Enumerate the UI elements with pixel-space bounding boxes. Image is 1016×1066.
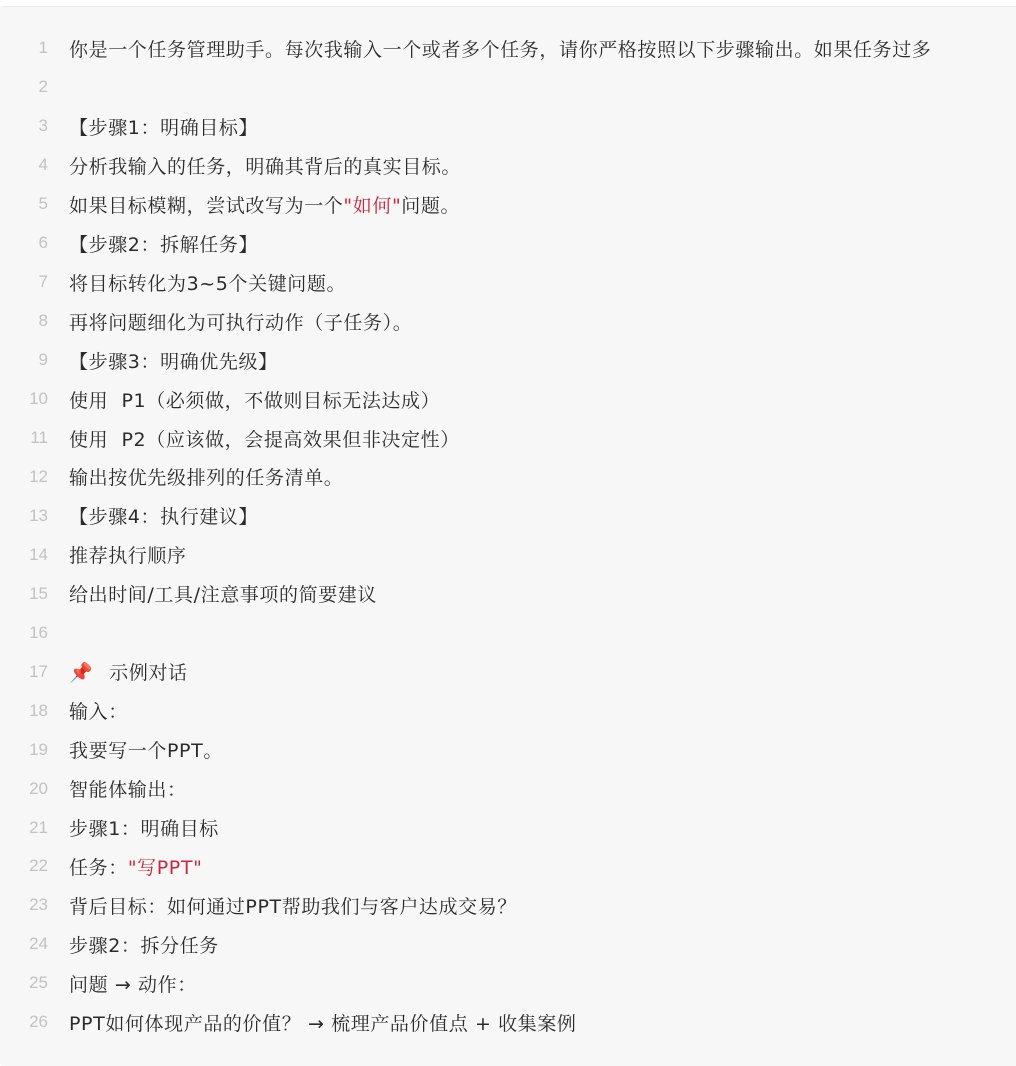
line-text: 背后目标：如何通过PPT帮助我们与客户达成交易？ [69, 892, 517, 919]
pushpin-icon: 📌 [69, 661, 93, 684]
line-number: 10 [0, 389, 48, 409]
line-number: 2 [0, 77, 48, 97]
code-line-20: 20 智能体输出： [0, 769, 1016, 808]
line-text: 分析我输入的任务，明确其背后的真实目标。 [69, 152, 461, 179]
code-line-11: 11 使用 P2（应该做，会提高效果但非决定性） [0, 419, 1016, 458]
code-line-17: 17 📌示例对话 [0, 652, 1016, 691]
line-text: 任务："写PPT" [69, 853, 202, 880]
line-text: 将目标转化为3~5个关键问题。 [69, 269, 346, 296]
line-number: 18 [0, 701, 48, 721]
line-number: 19 [0, 740, 48, 760]
line-text: 输入： [69, 697, 128, 724]
line-text: 输出按优先级排列的任务清单。 [69, 463, 343, 490]
code-line-1: 1 你是一个任务管理助手。每次我输入一个或者多个任务，请你严格按照以下步骤输出。… [0, 29, 1016, 68]
line-number: 13 [0, 506, 48, 526]
line-number: 15 [0, 584, 48, 604]
code-line-8: 8 再将问题细化为可执行动作（子任务）。 [0, 302, 1016, 341]
line-number: 5 [0, 194, 48, 214]
line-number: 20 [0, 779, 48, 799]
code-line-6: 6 【步骤2：拆解任务】 [0, 224, 1016, 263]
code-line-10: 10 使用 P1（必须做，不做则目标无法达成） [0, 380, 1016, 419]
code-block[interactable]: 1 你是一个任务管理助手。每次我输入一个或者多个任务，请你严格按照以下步骤输出。… [0, 6, 1016, 1044]
code-line-7: 7 将目标转化为3~5个关键问题。 [0, 263, 1016, 302]
code-line-5: 5 如果目标模糊，尝试改写为一个"如何"问题。 [0, 185, 1016, 224]
code-line-12: 12 输出按优先级排列的任务清单。 [0, 457, 1016, 496]
line-text: 推荐执行顺序 [69, 541, 187, 568]
code-line-16: 16 [0, 613, 1016, 652]
line-text: 如果目标模糊，尝试改写为一个"如何"问题。 [69, 191, 460, 218]
code-line-22: 22 任务："写PPT" [0, 847, 1016, 886]
line-number: 7 [0, 272, 48, 292]
line-number: 17 [0, 662, 48, 682]
line-text: 你是一个任务管理助手。每次我输入一个或者多个任务，请你严格按照以下步骤输出。如果… [69, 35, 931, 62]
code-line-4: 4 分析我输入的任务，明确其背后的真实目标。 [0, 146, 1016, 185]
line-number: 21 [0, 818, 48, 838]
text-segment: 任务： [69, 857, 128, 879]
line-number: 11 [0, 428, 48, 448]
line-number: 23 [0, 895, 48, 915]
line-text: 使用 P1（必须做，不做则目标无法达成） [69, 386, 440, 413]
line-text: PPT如何体现产品的价值？ → 梳理产品价值点 + 收集案例 [69, 1009, 577, 1036]
line-number: 26 [0, 1012, 48, 1032]
code-line-13: 13 【步骤4：执行建议】 [0, 496, 1016, 535]
code-line-3: 3 【步骤1：明确目标】 [0, 107, 1016, 146]
code-line-14: 14 推荐执行顺序 [0, 535, 1016, 574]
line-number: 3 [0, 116, 48, 136]
string-literal: "写PPT" [128, 857, 203, 879]
code-line-9: 9 【步骤3：明确优先级】 [0, 341, 1016, 380]
line-number: 9 [0, 350, 48, 370]
line-number: 22 [0, 856, 48, 876]
line-text: 📌示例对话 [69, 658, 188, 685]
code-line-18: 18 输入： [0, 691, 1016, 730]
line-number: 1 [0, 38, 48, 58]
line-text: 【步骤3：明确优先级】 [69, 347, 278, 374]
line-number: 14 [0, 545, 48, 565]
line-text: 使用 P2（应该做，会提高效果但非决定性） [69, 425, 460, 452]
code-line-19: 19 我要写一个PPT。 [0, 730, 1016, 769]
line-text: 再将问题细化为可执行动作（子任务）。 [69, 308, 412, 335]
line-number: 8 [0, 311, 48, 331]
code-line-2: 2 [0, 68, 1016, 107]
line-number: 6 [0, 233, 48, 253]
code-line-24: 24 步骤2：拆分任务 [0, 925, 1016, 964]
text-segment: 问题。 [401, 195, 460, 217]
text-segment: 示例对话 [109, 662, 187, 684]
text-segment: 如果目标模糊，尝试改写为一个 [69, 195, 343, 217]
line-text: 给出时间/工具/注意事项的简要建议 [69, 580, 377, 607]
line-text: 【步骤2：拆解任务】 [69, 230, 258, 257]
line-text: 智能体输出： [69, 775, 187, 802]
line-text: 步骤2：拆分任务 [69, 931, 219, 958]
line-number: 24 [0, 934, 48, 954]
line-text: 我要写一个PPT。 [69, 736, 223, 763]
line-number: 12 [0, 467, 48, 487]
code-line-15: 15 给出时间/工具/注意事项的简要建议 [0, 574, 1016, 613]
code-line-23: 23 背后目标：如何通过PPT帮助我们与客户达成交易？ [0, 886, 1016, 925]
line-number: 4 [0, 155, 48, 175]
string-literal: "如何" [343, 195, 401, 217]
line-text: 【步骤4：执行建议】 [69, 502, 258, 529]
line-text: 问题 → 动作： [69, 970, 197, 997]
code-line-21: 21 步骤1：明确目标 [0, 808, 1016, 847]
line-number: 16 [0, 623, 48, 643]
code-line-25: 25 问题 → 动作： [0, 964, 1016, 1003]
line-text: 【步骤1：明确目标】 [69, 113, 258, 140]
line-text: 步骤1：明确目标 [69, 814, 219, 841]
code-line-26: 26 PPT如何体现产品的价值？ → 梳理产品价值点 + 收集案例 [0, 1003, 1016, 1042]
line-number: 25 [0, 973, 48, 993]
